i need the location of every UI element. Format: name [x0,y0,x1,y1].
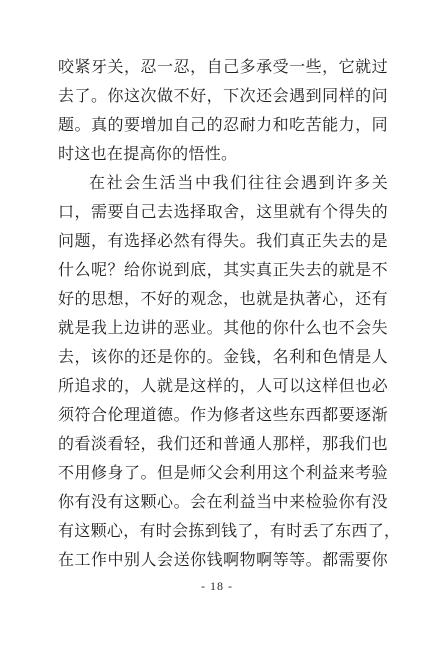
text-line: 你有没有这颗心。会在利益当中来检验你有没 [58,488,388,517]
text-line: 咬紧牙关，忍一忍，自己多承受一些，它就过 [58,53,388,82]
book-page: 咬紧牙关，忍一忍，自己多承受一些，它就过 去了。你这次做不好，下次还会遇到同样的… [0,0,434,654]
text-line: 有这颗心，有时会拣到钱了，有时丢了东西了， [58,517,388,546]
text-line: 在社会生活当中我们往往会遇到许多关 [58,169,388,198]
text-line: 须符合伦理道德。作为修者这些东西都要逐渐 [58,401,388,430]
text-line: 不用修身了。但是师父会利用这个利益来考验 [58,459,388,488]
page-body-text: 咬紧牙关，忍一忍，自己多承受一些，它就过 去了。你这次做不好，下次还会遇到同样的… [58,53,388,575]
text-line: 的看淡看轻，我们还和普通人那样，那我们也 [58,430,388,459]
text-line: 什么呢？给你说到底，其实真正失去的就是不 [58,256,388,285]
text-line: 在工作中别人会送你钱啊物啊等等。都需要你 [58,546,388,575]
text-line: 去了。你这次做不好，下次还会遇到同样的问 [58,82,388,111]
text-line: 口，需要自己去选择取舍，这里就有个得失的 [58,198,388,227]
text-line: 题。真的要增加自己的忍耐力和吃苦能力，同 [58,111,388,140]
text-line: 好的思想，不好的观念，也就是执著心，还有 [58,285,388,314]
text-line: 去，该你的还是你的。金钱，名利和色情是人 [58,343,388,372]
text-line: 问题，有选择必然有得失。我们真正失去的是 [58,227,388,256]
text-line: 所追求的，人就是这样的，人可以这样但也必 [58,372,388,401]
text-line: 就是我上边讲的恶业。其他的你什么也不会失 [58,314,388,343]
text-line: 时这也在提高你的悟性。 [58,140,388,169]
page-number: - 18 - [0,578,434,594]
